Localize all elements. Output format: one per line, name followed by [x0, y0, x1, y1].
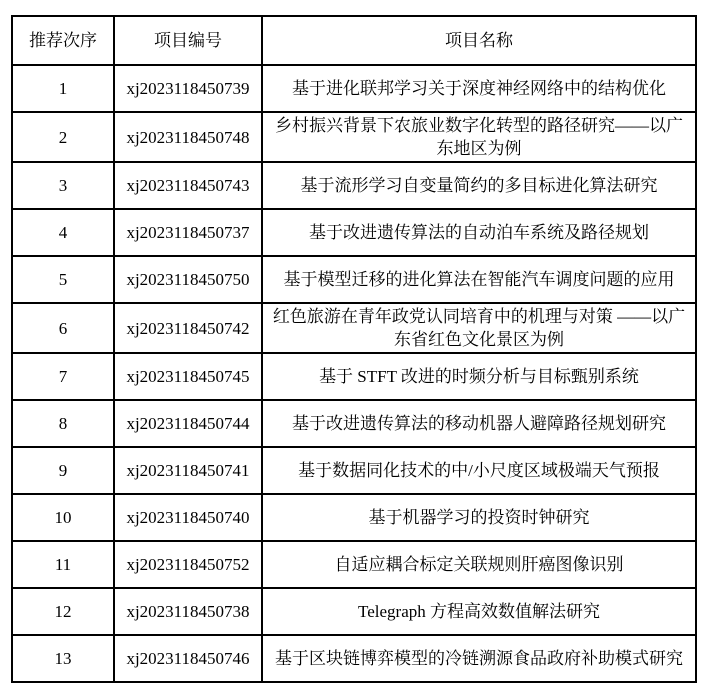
name-cell: 基于区块链博弈模型的冷链溯源食品政府补助模式研究	[262, 635, 696, 682]
name-cell: 基于模型迁移的进化算法在智能汽车调度问题的应用	[262, 256, 696, 303]
code-cell: xj2023118450741	[114, 447, 262, 494]
name-cell: 基于改进遗传算法的自动泊车系统及路径规划	[262, 209, 696, 256]
code-cell: xj2023118450744	[114, 400, 262, 447]
table-row: 13 xj2023118450746 基于区块链博弈模型的冷链溯源食品政府补助模…	[12, 635, 696, 682]
order-cell: 10	[12, 494, 114, 541]
name-cell: 自适应耦合标定关联规则肝癌图像识别	[262, 541, 696, 588]
code-cell: xj2023118450738	[114, 588, 262, 635]
table-row: 7 xj2023118450745 基于 STFT 改进的时频分析与目标甄别系统	[12, 353, 696, 400]
table-row: 5 xj2023118450750 基于模型迁移的进化算法在智能汽车调度问题的应…	[12, 256, 696, 303]
header-order: 推荐次序	[12, 16, 114, 65]
name-cell: 基于进化联邦学习关于深度神经网络中的结构优化	[262, 65, 696, 112]
code-cell: xj2023118450743	[114, 162, 262, 209]
header-code: 项目编号	[114, 16, 262, 65]
order-cell: 5	[12, 256, 114, 303]
table-row: 10 xj2023118450740 基于机器学习的投资时钟研究	[12, 494, 696, 541]
code-cell: xj2023118450748	[114, 112, 262, 162]
table-row: 9 xj2023118450741 基于数据同化技术的中/小尺度区域极端天气预报	[12, 447, 696, 494]
order-cell: 13	[12, 635, 114, 682]
order-cell: 3	[12, 162, 114, 209]
order-cell: 8	[12, 400, 114, 447]
name-cell: 乡村振兴背景下农旅业数字化转型的路径研究——以广东地区为例	[262, 112, 696, 162]
table-row: 8 xj2023118450744 基于改进遗传算法的移动机器人避障路径规划研究	[12, 400, 696, 447]
name-cell: 基于 STFT 改进的时频分析与目标甄别系统	[262, 353, 696, 400]
project-recommendation-table: 推荐次序 项目编号 项目名称 1 xj2023118450739 基于进化联邦学…	[11, 15, 697, 683]
name-cell: Telegraph 方程高效数值解法研究	[262, 588, 696, 635]
name-cell: 红色旅游在青年政党认同培育中的机理与对策 ——以广东省红色文化景区为例	[262, 303, 696, 353]
code-cell: xj2023118450752	[114, 541, 262, 588]
code-cell: xj2023118450737	[114, 209, 262, 256]
order-cell: 11	[12, 541, 114, 588]
table-row: 1 xj2023118450739 基于进化联邦学习关于深度神经网络中的结构优化	[12, 65, 696, 112]
order-cell: 2	[12, 112, 114, 162]
table-row: 12 xj2023118450738 Telegraph 方程高效数值解法研究	[12, 588, 696, 635]
order-cell: 4	[12, 209, 114, 256]
name-cell: 基于改进遗传算法的移动机器人避障路径规划研究	[262, 400, 696, 447]
table-row: 2 xj2023118450748 乡村振兴背景下农旅业数字化转型的路径研究——…	[12, 112, 696, 162]
name-cell: 基于数据同化技术的中/小尺度区域极端天气预报	[262, 447, 696, 494]
code-cell: xj2023118450745	[114, 353, 262, 400]
name-cell: 基于机器学习的投资时钟研究	[262, 494, 696, 541]
header-name: 项目名称	[262, 16, 696, 65]
table-row: 4 xj2023118450737 基于改进遗传算法的自动泊车系统及路径规划	[12, 209, 696, 256]
code-cell: xj2023118450746	[114, 635, 262, 682]
order-cell: 7	[12, 353, 114, 400]
code-cell: xj2023118450739	[114, 65, 262, 112]
order-cell: 1	[12, 65, 114, 112]
table-row: 11 xj2023118450752 自适应耦合标定关联规则肝癌图像识别	[12, 541, 696, 588]
order-cell: 6	[12, 303, 114, 353]
name-cell: 基于流形学习自变量简约的多目标进化算法研究	[262, 162, 696, 209]
code-cell: xj2023118450750	[114, 256, 262, 303]
table-row: 3 xj2023118450743 基于流形学习自变量简约的多目标进化算法研究	[12, 162, 696, 209]
table-row: 6 xj2023118450742 红色旅游在青年政党认同培育中的机理与对策 —…	[12, 303, 696, 353]
order-cell: 9	[12, 447, 114, 494]
code-cell: xj2023118450740	[114, 494, 262, 541]
order-cell: 12	[12, 588, 114, 635]
code-cell: xj2023118450742	[114, 303, 262, 353]
header-row: 推荐次序 项目编号 项目名称	[12, 16, 696, 65]
